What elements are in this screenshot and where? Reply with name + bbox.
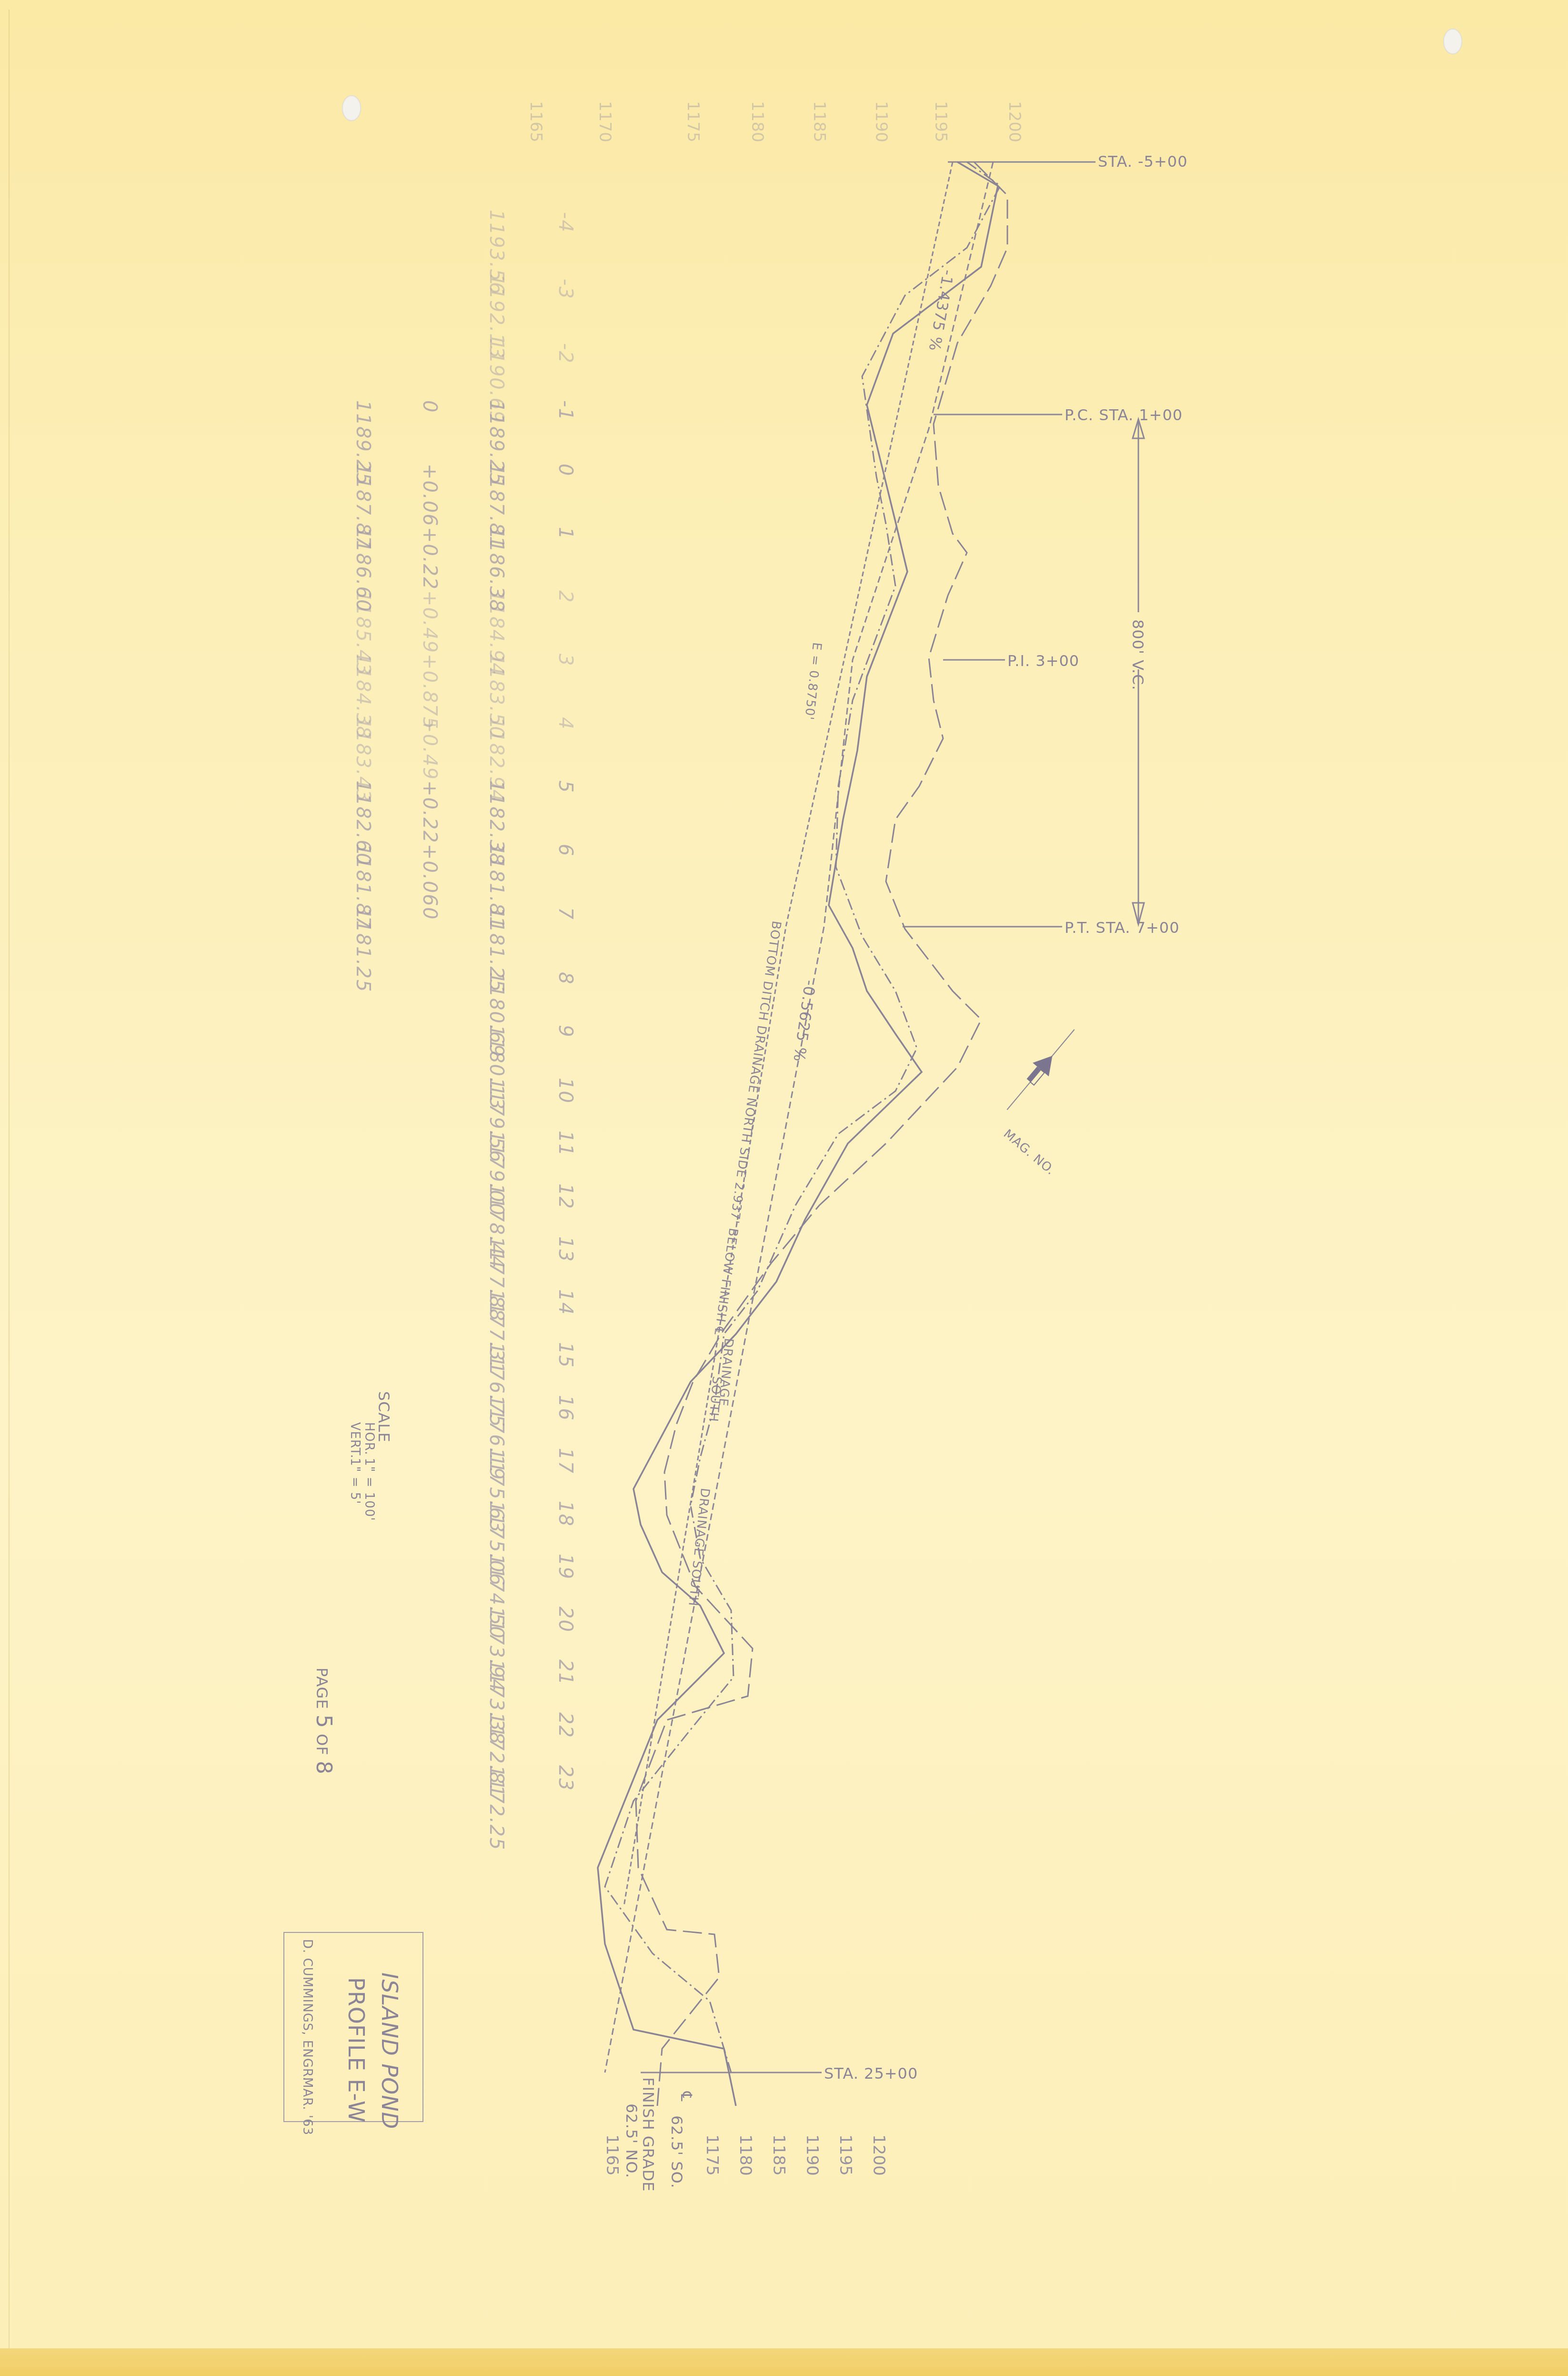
station-number: 22 xyxy=(554,1712,576,1739)
ditch-north-line xyxy=(624,162,953,1906)
legend-centerline-symbol: ℄ xyxy=(677,2092,695,2102)
station-number: 14 xyxy=(554,1289,576,1315)
scale-vert-value: 1" = 5' xyxy=(348,1458,362,1505)
bottom-axis-tick: 1185 xyxy=(769,2134,788,2176)
station-number: 2 xyxy=(554,590,576,603)
station-number: 8 xyxy=(554,972,576,985)
station-number: 4 xyxy=(554,717,576,730)
scale-vert-label: VERT. xyxy=(348,1422,362,1458)
grade-value: 1172.25 xyxy=(485,1765,507,1850)
bottom-axis-tick: 1190 xyxy=(803,2134,822,2176)
engineer-name: D. CUMMINGS, ENGR. xyxy=(300,1939,314,2081)
page-number: 5 xyxy=(312,1715,336,1729)
page-prefix: PAGE xyxy=(313,1668,331,1709)
profile-drawing xyxy=(0,0,1568,2376)
station-number: 5 xyxy=(554,780,576,793)
north-arrow-icon xyxy=(999,1023,1082,1117)
station-number: 16 xyxy=(554,1395,576,1421)
bottom-axis-tick: 1180 xyxy=(736,2134,755,2176)
station-number: 3 xyxy=(554,654,576,667)
legend-north-offset: 62.5' NO. xyxy=(623,2103,641,2178)
bottom-axis-tick: 1195 xyxy=(836,2134,855,2176)
bottom-axis-tick: 1175 xyxy=(703,2134,722,2176)
station-number: -3 xyxy=(554,279,576,300)
station-number: 19 xyxy=(554,1554,576,1580)
scale-hor-value: 1" = 100' xyxy=(362,1458,376,1521)
station-number: 6 xyxy=(554,844,576,857)
top-axis-tick: 1175 xyxy=(683,101,703,142)
station-label-pi: P.I. 3+00 xyxy=(1007,652,1079,670)
station-number: -4 xyxy=(554,212,576,233)
station-number: 1 xyxy=(554,527,576,540)
bottom-axis-tick: 1165 xyxy=(603,2134,622,2176)
station-label-pt: P.T. STA. 7+00 xyxy=(1065,919,1180,937)
top-axis-tick: 1190 xyxy=(872,101,891,142)
station-label-end: STA. 25+00 xyxy=(824,2064,918,2083)
page-of: OF xyxy=(313,1734,331,1756)
curve-offset: +0.22 xyxy=(419,527,441,590)
scale-hor-label: HOR. xyxy=(362,1422,376,1455)
bottom-axis-tick: 1200 xyxy=(869,2134,888,2176)
curve-offset: +0.06 xyxy=(419,464,441,527)
top-axis-tick: 1200 xyxy=(1005,101,1024,142)
legend-finish-grade: FINISH GRADE xyxy=(639,2077,657,2192)
station-number: 12 xyxy=(554,1183,576,1210)
station-number: 10 xyxy=(554,1078,576,1104)
drawing-date: MAR. '63 xyxy=(300,2077,314,2135)
curve-offset: +0.22 xyxy=(419,780,441,844)
curve-offset: +0.06 xyxy=(419,844,441,907)
top-axis-tick: 1170 xyxy=(595,101,614,142)
station-number: 13 xyxy=(554,1236,576,1263)
curve-offset: +0.49 xyxy=(419,590,441,654)
scale-title: SCALE xyxy=(375,1391,393,1443)
north-offset-line xyxy=(636,162,1007,2106)
top-axis-tick: 1180 xyxy=(748,101,767,142)
station-number: 20 xyxy=(554,1607,576,1633)
tangent-elevation: 1181.25 xyxy=(352,907,374,992)
station-number: 17 xyxy=(554,1448,576,1474)
station-number: 0 xyxy=(554,464,576,476)
curve-offset: +0.49 xyxy=(419,717,441,780)
station-number: 11 xyxy=(554,1131,576,1157)
station-number: 15 xyxy=(554,1342,576,1368)
station-number: -1 xyxy=(554,400,576,421)
station-number: 7 xyxy=(554,907,576,920)
top-axis-tick: 1165 xyxy=(526,101,545,142)
station-number: 9 xyxy=(554,1025,576,1038)
station-number: 21 xyxy=(554,1659,576,1686)
station-label-pc: P.C. STA. 1+00 xyxy=(1065,406,1183,424)
station-number: 18 xyxy=(554,1501,576,1527)
curve-offset: 0 xyxy=(419,400,441,413)
south-offset-line xyxy=(605,162,1000,2073)
centerline-ground-line xyxy=(598,162,998,2106)
legend-south-offset: 62.5' SO. xyxy=(668,2115,686,2189)
vertical-curve-label: 800' V.C. xyxy=(1129,619,1147,691)
drawing-subtitle: PROFILE E-W xyxy=(343,1977,369,2123)
station-number: 23 xyxy=(554,1765,576,1791)
curve-offset: 0 xyxy=(419,907,441,920)
drawing-title: ISLAND POND xyxy=(377,1972,402,2129)
station-label-start: STA. -5+00 xyxy=(1098,152,1187,171)
page-indicator: PAGE 5 OF 8 xyxy=(312,1668,336,1775)
station-number: -2 xyxy=(554,343,576,364)
page-total: 8 xyxy=(312,1761,336,1775)
top-axis-tick: 1195 xyxy=(931,101,950,142)
top-axis-tick: 1185 xyxy=(810,101,829,142)
